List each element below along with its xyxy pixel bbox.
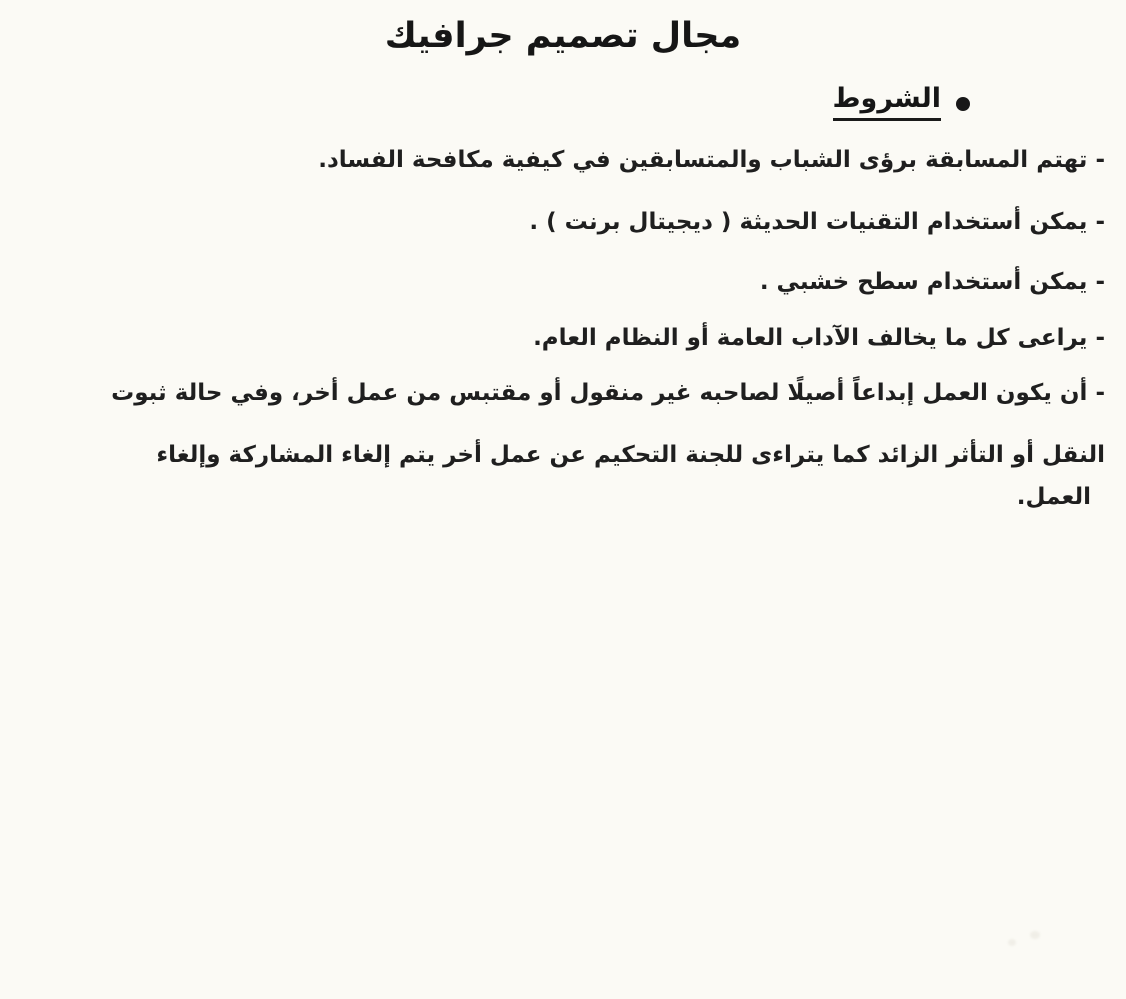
bullet-icon (956, 97, 970, 111)
condition-line-1: - تهتم المسابقة برؤى الشباب والمتسابقين … (20, 142, 1105, 179)
condition-line-5-continuation: النقل أو التأثر الزائد كما يتراءى للجنة … (20, 437, 1105, 474)
condition-line-4: - يراعى كل ما يخالف الآداب العامة أو الن… (20, 320, 1105, 357)
condition-line-5-end: العمل. (20, 479, 1105, 516)
condition-line-5: - أن يكون العمل إبداعاً أصيلًا لصاحبه غي… (20, 375, 1105, 412)
condition-line-3: - يمكن أستخدام سطح خشبي . (20, 264, 1105, 301)
scan-noise-artifact (1000, 931, 1046, 947)
conditions-list: - تهتم المسابقة برؤى الشباب والمتسابقين … (0, 142, 1126, 516)
conditions-section-heading: الشروط (0, 83, 1126, 121)
condition-line-2: - يمكن أستخدام التقنيات الحديثة ( ديجيتا… (20, 204, 1105, 241)
page-title: مجال تصميم جرافيك (0, 0, 1126, 56)
conditions-heading-label: الشروط (833, 83, 942, 121)
scanned-document-page: مجال تصميم جرافيك الشروط - تهتم المسابقة… (0, 0, 1126, 999)
